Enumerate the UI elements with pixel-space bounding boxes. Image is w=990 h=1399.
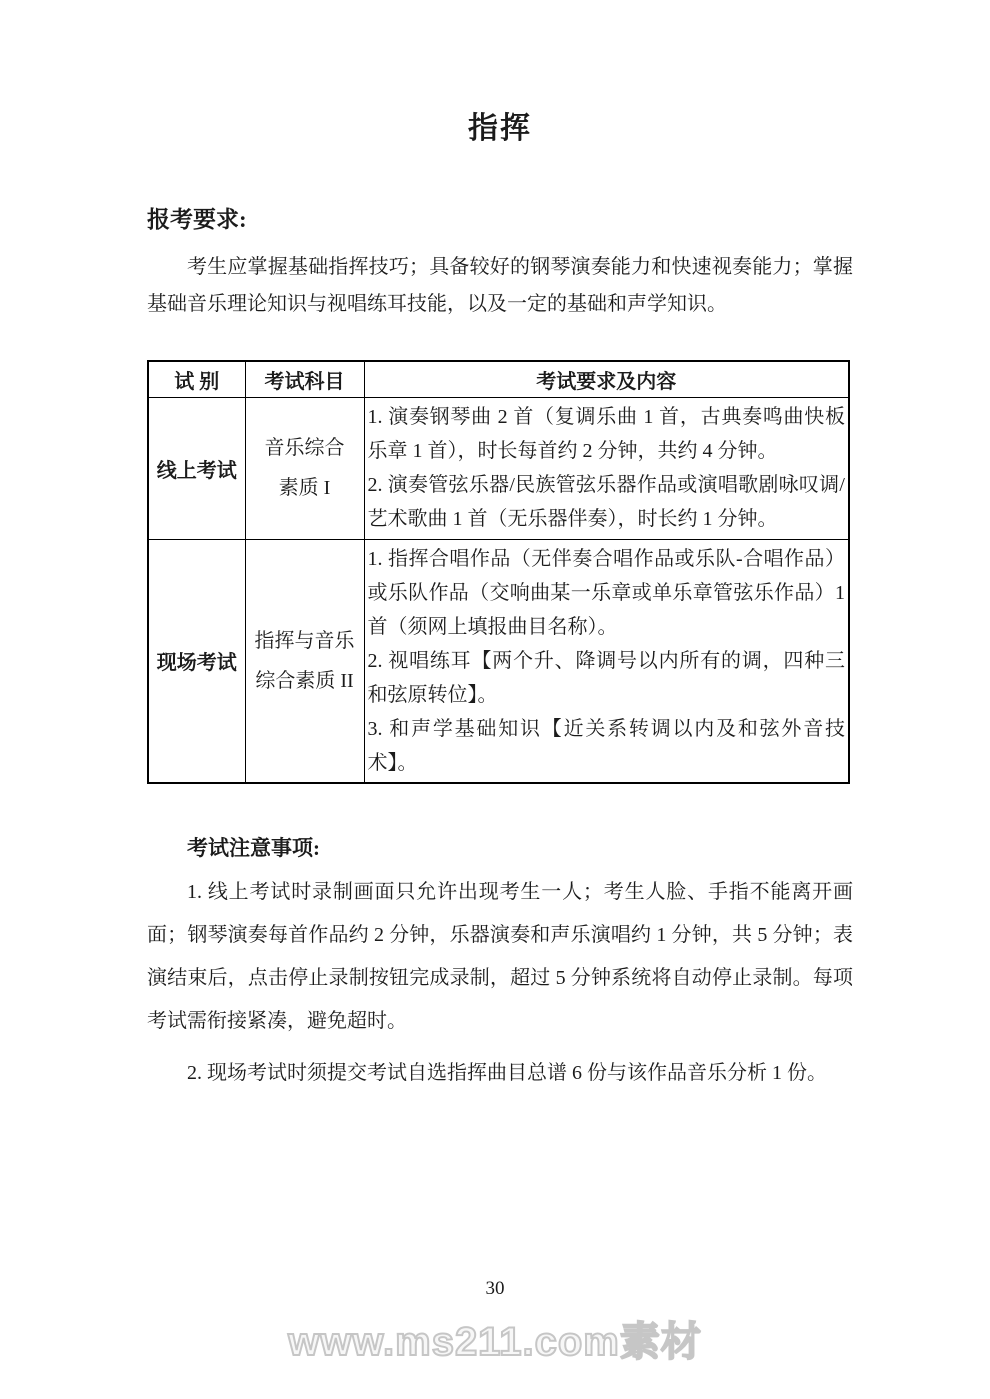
note-item-1: 1. 线上考试时录制画面只允许出现考生一人；考生人脸、手指不能离开画面；钢琴演奏… bbox=[147, 871, 853, 1043]
exam-content-cell: 1. 指挥合唱作品（无伴奏合唱作品或乐队-合唱作品）或乐队作品（交响曲某一乐章或… bbox=[364, 539, 849, 783]
notes-heading: 考试注意事项: bbox=[187, 832, 853, 862]
subject-line: 音乐综合 bbox=[249, 428, 361, 468]
exam-content-item: 2. 视唱练耳【两个升、降调号以内所有的调，四种三和弦原转位】。 bbox=[368, 644, 846, 712]
document-content: 指挥 报考要求: 考生应掌握基础指挥技巧；具备较好的钢琴演奏能力和快速视奏能力；… bbox=[147, 0, 853, 1095]
table-row-online-exam: 线上考试 音乐综合 素质 I 1. 演奏钢琴曲 2 首（复调乐曲 1 首，古典奏… bbox=[148, 397, 849, 539]
header-exam-subject: 考试科目 bbox=[245, 361, 364, 397]
exam-content-item: 2. 演奏管弦乐器/民族管弦乐器作品或演唱歌剧咏叹调/艺术歌曲 1 首（无乐器伴… bbox=[368, 468, 846, 536]
exam-type-cell: 现场考试 bbox=[148, 539, 245, 783]
exam-subject-cell: 音乐综合 素质 I bbox=[245, 397, 364, 539]
exam-content-item: 1. 演奏钢琴曲 2 首（复调乐曲 1 首，古典奏鸣曲快板乐章 1 首），时长每… bbox=[368, 400, 846, 468]
header-exam-content: 考试要求及内容 bbox=[364, 361, 849, 397]
page-title: 指挥 bbox=[147, 0, 853, 147]
subject-line: 综合素质 II bbox=[249, 661, 361, 701]
exam-requirements-table: 试 别 考试科目 考试要求及内容 线上考试 音乐综合 素质 I 1. 演奏钢琴曲… bbox=[147, 360, 850, 784]
table-row-onsite-exam: 现场考试 指挥与音乐 综合素质 II 1. 指挥合唱作品（无伴奏合唱作品或乐队-… bbox=[148, 539, 849, 783]
header-exam-type: 试 别 bbox=[148, 361, 245, 397]
requirements-heading: 报考要求: bbox=[147, 201, 853, 234]
subject-line: 素质 I bbox=[249, 468, 361, 508]
page-number: 30 bbox=[0, 1278, 990, 1300]
watermark: www.ms211.com素材 bbox=[0, 1310, 990, 1367]
exam-type-cell: 线上考试 bbox=[148, 397, 245, 539]
table-header-row: 试 别 考试科目 考试要求及内容 bbox=[148, 361, 849, 397]
exam-content-cell: 1. 演奏钢琴曲 2 首（复调乐曲 1 首，古典奏鸣曲快板乐章 1 首），时长每… bbox=[364, 397, 849, 539]
exam-content-item: 1. 指挥合唱作品（无伴奏合唱作品或乐队-合唱作品）或乐队作品（交响曲某一乐章或… bbox=[368, 542, 846, 644]
exam-subject-cell: 指挥与音乐 综合素质 II bbox=[245, 539, 364, 783]
document-page: 指挥 报考要求: 考生应掌握基础指挥技巧；具备较好的钢琴演奏能力和快速视奏能力；… bbox=[0, 0, 990, 1399]
subject-line: 指挥与音乐 bbox=[249, 621, 361, 661]
exam-content-item: 3. 和声学基础知识【近关系转调以内及和弦外音技术】。 bbox=[368, 712, 846, 780]
requirements-body: 考生应掌握基础指挥技巧；具备较好的钢琴演奏能力和快速视奏能力；掌握基础音乐理论知… bbox=[147, 249, 853, 323]
note-item-2: 2. 现场考试时须提交考试自选指挥曲目总谱 6 份与该作品音乐分析 1 份。 bbox=[147, 1052, 853, 1095]
